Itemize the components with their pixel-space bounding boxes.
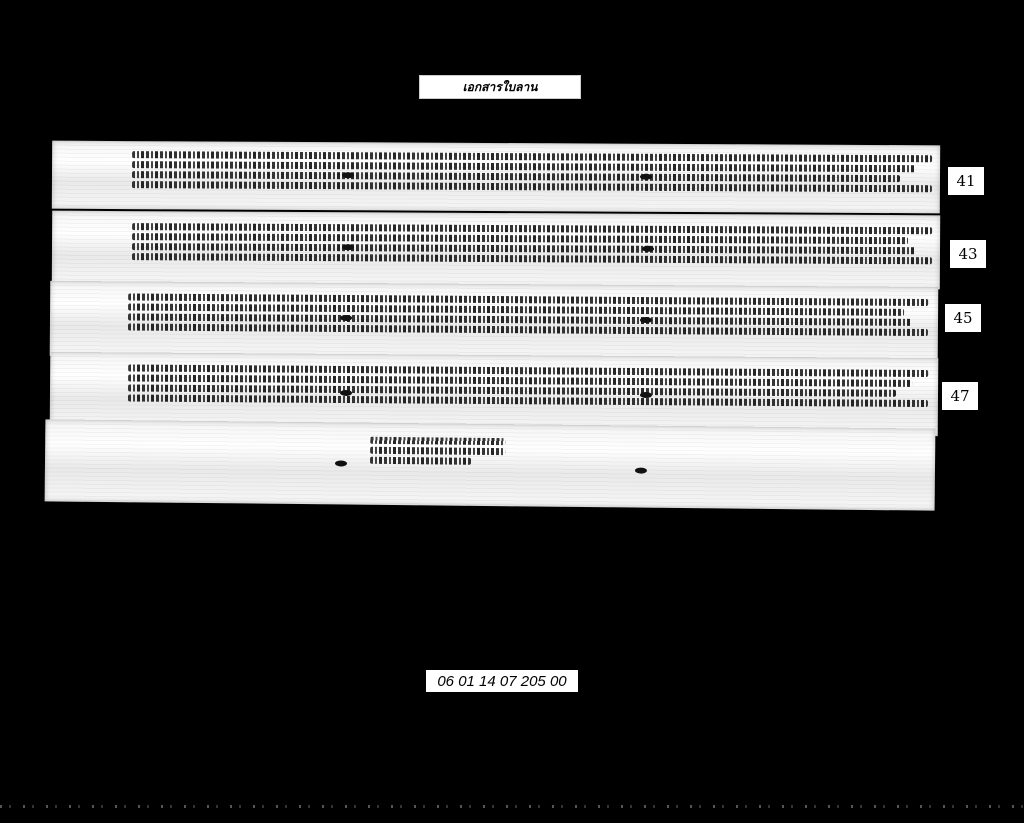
- palm-leaf-page-45: [50, 281, 939, 362]
- page-number-label: 43: [950, 240, 986, 268]
- archive-code-label: 06 01 14 07 205 00: [426, 670, 578, 692]
- binding-hole: [335, 460, 347, 466]
- manuscript-text: [128, 293, 928, 336]
- manuscript-text: [132, 223, 932, 264]
- manuscript-title-label: เอกสารใบลาน: [419, 75, 581, 99]
- palm-leaf-page-43: [52, 211, 940, 290]
- binding-hole: [642, 246, 654, 252]
- manuscript-text: [370, 437, 505, 465]
- binding-hole: [342, 172, 354, 178]
- binding-hole: [640, 317, 652, 323]
- page-number-label: 45: [945, 304, 981, 332]
- manuscript-text: [132, 151, 932, 192]
- palm-leaf-closing: [45, 419, 936, 510]
- binding-hole: [635, 468, 647, 474]
- binding-hole: [342, 244, 354, 250]
- binding-hole: [340, 390, 352, 396]
- binding-hole: [640, 174, 652, 180]
- scan-edge-artifact: [0, 805, 1024, 808]
- palm-leaf-page-41: [52, 141, 940, 214]
- binding-hole: [340, 315, 352, 321]
- page-number-label: 41: [948, 167, 984, 195]
- manuscript-text: [128, 364, 928, 407]
- page-number-label: 47: [942, 382, 978, 410]
- binding-hole: [640, 392, 652, 398]
